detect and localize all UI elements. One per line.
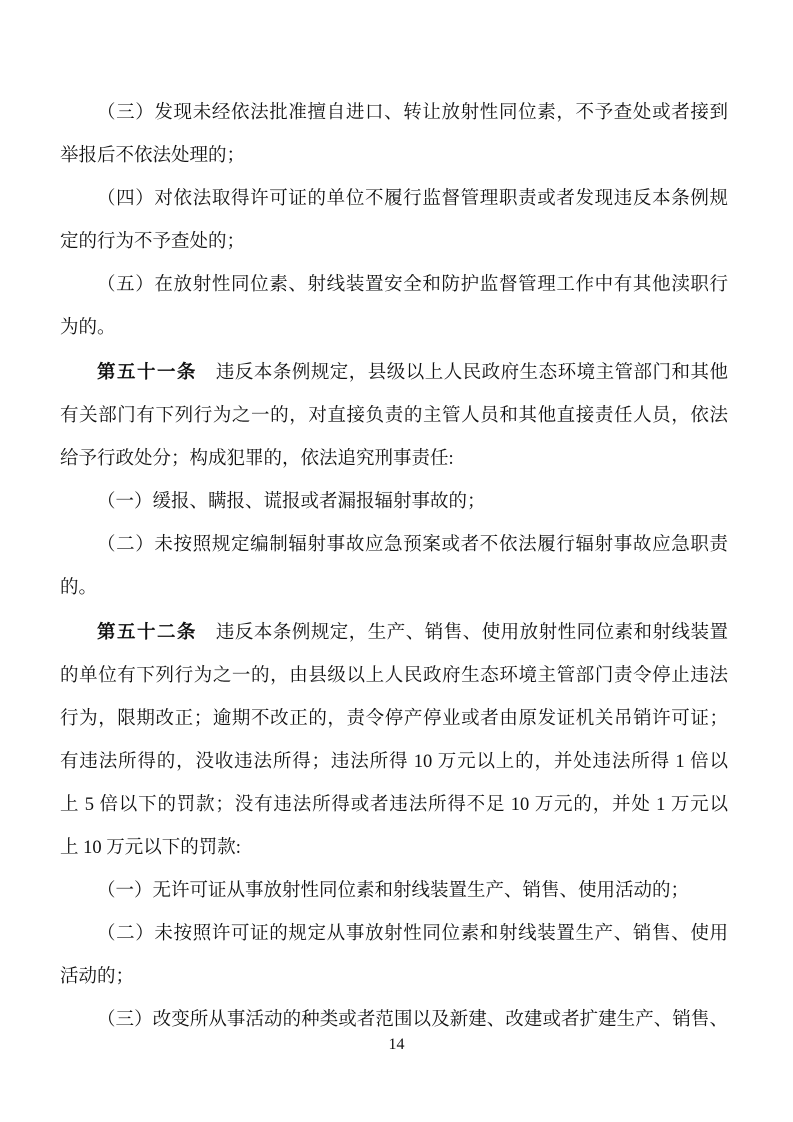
text-line: 第五十二条 违反本条例规定，生产、销售、使用放射性同位素和射线装置 xyxy=(60,610,728,655)
paragraph: （三）发现未经依法批准擅自进口、转让放射性同位素，不予查处或者接到 举报后不依法… xyxy=(60,92,728,178)
text-line: 的。 xyxy=(60,567,728,610)
paragraph-article-52: 第五十二条 违反本条例规定，生产、销售、使用放射性同位素和射线装置 的单位有下列… xyxy=(60,610,728,870)
text-line: 为的。 xyxy=(60,307,728,350)
paragraph: （二）未按照许可证的规定从事放射性同位素和射线装置生产、销售、使用 活动的； xyxy=(60,913,728,999)
text-line: （四）对依法取得许可证的单位不履行监督管理职责或者发现违反本条例规 xyxy=(60,178,728,221)
text-line: 举报后不依法处理的； xyxy=(60,135,728,178)
text-line: 第五十一条 违反本条例规定，县级以上人民政府生态环境主管部门和其他 xyxy=(60,350,728,395)
text-line: 行为，限期改正；逾期不改正的，责令停产停业或者由原发证机关吊销许可证； xyxy=(60,698,728,741)
paragraph: （一）缓报、瞒报、谎报或者漏报辐射事故的； xyxy=(60,481,728,524)
article-number: 第五十二条 xyxy=(97,621,197,642)
line-text: 违反本条例规定，县级以上人民政府生态环境主管部门和其他 xyxy=(197,363,728,383)
text-line: （二）未按照规定编制辐射事故应急预案或者不依法履行辐射事故应急职责 xyxy=(60,524,728,567)
text-line: （二）未按照许可证的规定从事放射性同位素和射线装置生产、销售、使用 xyxy=(60,913,728,956)
paragraph: （五）在放射性同位素、射线装置安全和防护监督管理工作中有其他渎职行 为的。 xyxy=(60,264,728,350)
document-page: （三）发现未经依法批准擅自进口、转让放射性同位素，不予查处或者接到 举报后不依法… xyxy=(0,0,793,1122)
text-line: 上 10 万元以下的罚款: xyxy=(60,827,728,870)
text-line: （三）发现未经依法批准擅自进口、转让放射性同位素，不予查处或者接到 xyxy=(60,92,728,135)
text-line: 给予行政处分；构成犯罪的，依法追究刑事责任: xyxy=(60,438,728,481)
paragraph-article-51: 第五十一条 违反本条例规定，县级以上人民政府生态环境主管部门和其他 有关部门有下… xyxy=(60,350,728,481)
text-line: 的单位有下列行为之一的，由县级以上人民政府生态环境主管部门责令停止违法 xyxy=(60,655,728,698)
text-line: 上 5 倍以下的罚款；没有违法所得或者违法所得不足 10 万元的，并处 1 万元… xyxy=(60,784,728,827)
document-body: （三）发现未经依法批准擅自进口、转让放射性同位素，不予查处或者接到 举报后不依法… xyxy=(60,92,728,1042)
text-line: 有违法所得的，没收违法所得；违法所得 10 万元以上的，并处违法所得 1 倍以 xyxy=(60,741,728,784)
article-number: 第五十一条 xyxy=(97,361,197,382)
text-line: 有关部门有下列行为之一的，对直接负责的主管人员和其他直接责任人员，依法 xyxy=(60,395,728,438)
text-line: （五）在放射性同位素、射线装置安全和防护监督管理工作中有其他渎职行 xyxy=(60,264,728,307)
text-line: 定的行为不予查处的； xyxy=(60,221,728,264)
text-line: （一）无许可证从事放射性同位素和射线装置生产、销售、使用活动的； xyxy=(60,870,728,913)
line-text: 违反本条例规定，生产、销售、使用放射性同位素和射线装置 xyxy=(197,623,728,643)
text-line: 活动的； xyxy=(60,956,728,999)
paragraph: （一）无许可证从事放射性同位素和射线装置生产、销售、使用活动的； xyxy=(60,870,728,913)
text-line: （一）缓报、瞒报、谎报或者漏报辐射事故的； xyxy=(60,481,728,524)
paragraph: （四）对依法取得许可证的单位不履行监督管理职责或者发现违反本条例规 定的行为不予… xyxy=(60,178,728,264)
paragraph: （二）未按照规定编制辐射事故应急预案或者不依法履行辐射事故应急职责 的。 xyxy=(60,524,728,610)
page-number: 14 xyxy=(0,1034,793,1056)
